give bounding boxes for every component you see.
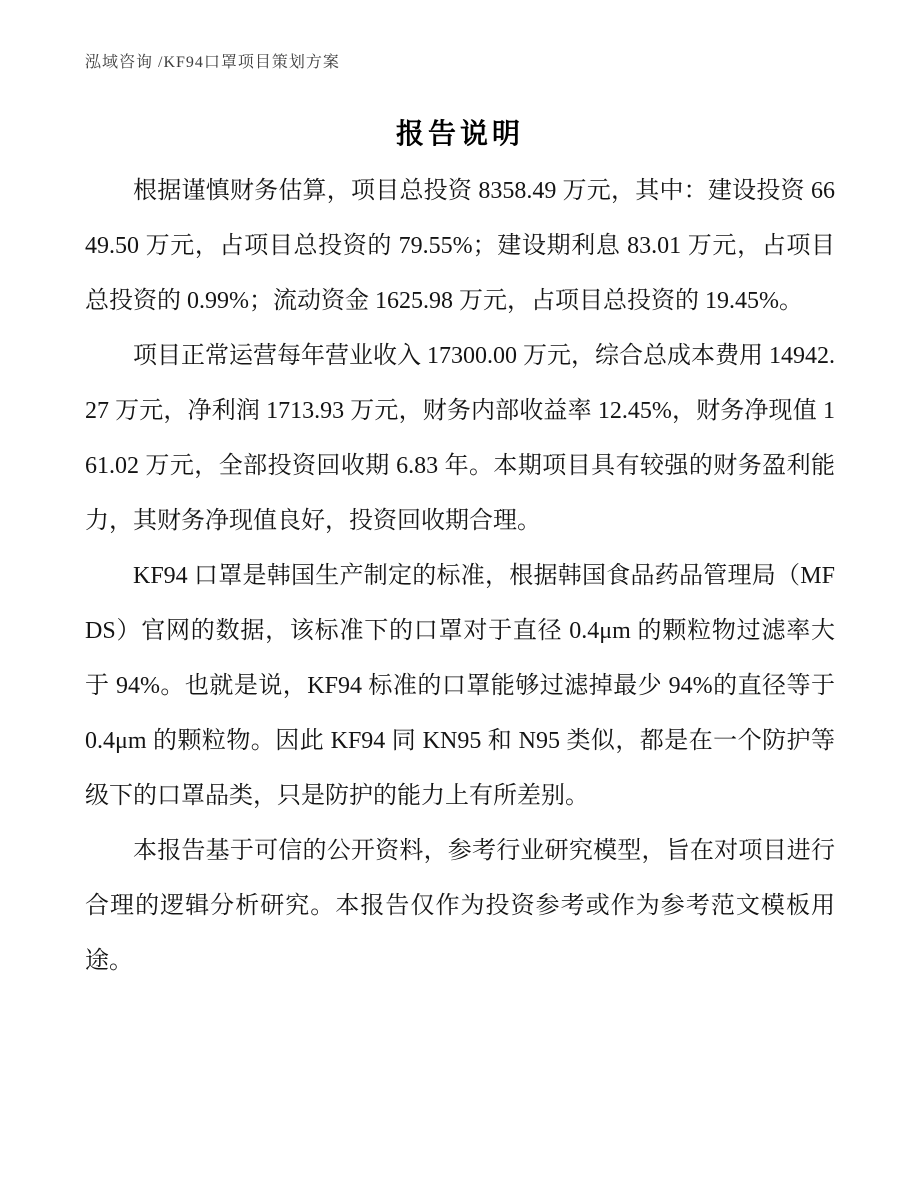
page-title: 报告说明	[85, 112, 835, 152]
document-body: 根据谨慎财务估算，项目总投资 8358.49 万元，其中：建设投资 6649.5…	[85, 164, 835, 989]
document-header: 泓域咨询 /KF94口罩项目策划方案	[85, 52, 835, 74]
document-page: 泓域咨询 /KF94口罩项目策划方案 报告说明 根据谨慎财务估算，项目总投资 8…	[0, 0, 920, 1191]
paragraph-investment-summary: 根据谨慎财务估算，项目总投资 8358.49 万元，其中：建设投资 6649.5…	[85, 164, 835, 329]
paragraph-report-disclaimer: 本报告基于可信的公开资料，参考行业研究模型，旨在对项目进行合理的逻辑分析研究。本…	[85, 824, 835, 989]
header-text: 泓域咨询 /KF94口罩项目策划方案	[85, 54, 340, 71]
paragraph-kf94-standard: KF94 口罩是韩国生产制定的标准，根据韩国食品药品管理局（MFDS）官网的数据…	[85, 549, 835, 824]
paragraph-operating-financials: 项目正常运营每年营业收入 17300.00 万元，综合总成本费用 14942.2…	[85, 329, 835, 549]
